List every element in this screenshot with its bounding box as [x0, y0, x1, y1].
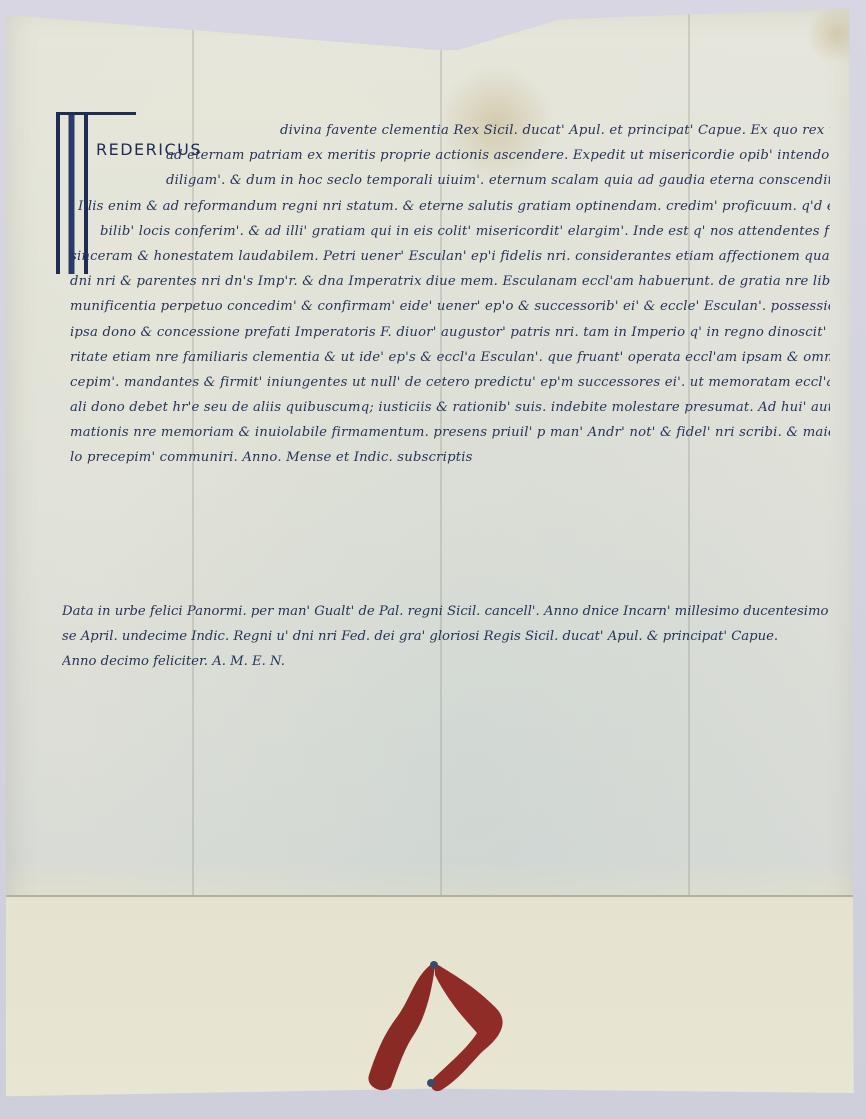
dating-line: se April. undecime Indic. Regni u' dni n… [62, 623, 832, 648]
charter-body-text: divina favente clementia Rex Sicil. duca… [70, 118, 830, 471]
text-line: ritate etiam nre familiaris clementia & … [70, 345, 830, 370]
text-line: ipsa dono & concessione prefati Imperato… [70, 320, 830, 345]
text-line: ali dono debet hr'e seu de aliis quibusc… [70, 395, 830, 420]
text-line: lo precepim' communiri. Anno. Mense et I… [70, 445, 830, 470]
dating-clause: Data in urbe felici Panormi. per man' Gu… [62, 598, 832, 674]
text-line: divina favente clementia Rex Sicil. duca… [70, 118, 830, 143]
text-line: Illis enim & ad reformandum regni nri st… [70, 194, 830, 219]
text-line: diligam'. & dum in hoc seclo temporali u… [70, 168, 830, 193]
text-line: bilib' locis conferim'. & ad illi' grati… [70, 219, 830, 244]
dating-line: Anno decimo feliciter. A. M. E. N. [62, 648, 832, 673]
text-line: cepim'. mandantes & firmit' iniungentes … [70, 370, 830, 395]
text-line: ad eternam patriam ex meritis proprie ac… [70, 143, 830, 168]
text-line: sinceram & honestatem laudabilem. Petri … [70, 244, 830, 269]
text-line: dni nri & parentes nri dn's Imp'r. & dna… [70, 269, 830, 294]
red-seal-cord [355, 955, 515, 1100]
dating-line: Data in urbe felici Panormi. per man' Gu… [62, 598, 832, 623]
text-line: mationis nre memoriam & inuiolabile firm… [70, 420, 830, 445]
text-line: munificentia perpetuo concedim' & confir… [70, 294, 830, 319]
